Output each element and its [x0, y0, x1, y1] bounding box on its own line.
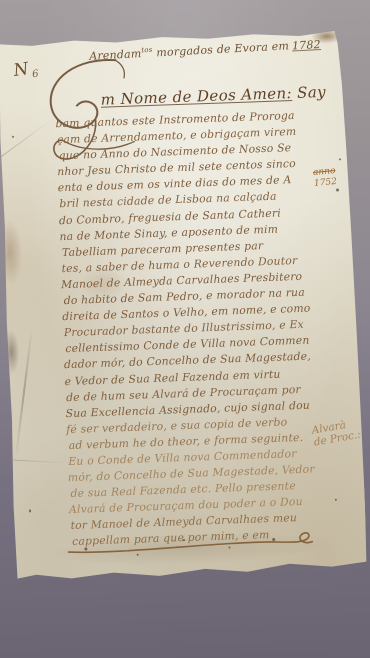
paper-stain-left-upper: [0, 220, 23, 285]
foxing-dot: [228, 546, 230, 548]
foxing-dot: [84, 547, 87, 550]
foxing-dot: [12, 136, 14, 138]
manuscript-text-block: m Nome de Deos Amen: Say bam quantos est…: [54, 83, 332, 550]
margin-note-year: anno 1752: [313, 166, 338, 190]
paper-crease-mid-left: [13, 460, 67, 464]
foxing-dot: [137, 554, 139, 556]
archive-number: N6: [12, 58, 39, 83]
paper-stain-left-lower: [3, 330, 21, 375]
manuscript-page: N6 Arendamtos morgados de Evora em1782 m…: [0, 30, 367, 582]
foxing-dot: [335, 499, 337, 501]
margin-year-value: 1752: [314, 177, 338, 189]
manuscript-lines: bam quantos este Instromento de Prorogaç…: [55, 107, 332, 550]
archive-letter: N: [12, 59, 30, 81]
manuscript-photo: N6 Arendamtos morgados de Evora em1782 m…: [0, 0, 370, 658]
foxing-dot: [336, 188, 339, 191]
foxing-dot: [339, 158, 341, 160]
opening-rest: Say: [292, 83, 327, 102]
foxing-dot: [29, 509, 31, 512]
paper-stain-top-right: [310, 28, 343, 44]
foxing-dot: [272, 538, 275, 541]
header-rest: morgados de Evora em: [152, 39, 289, 59]
